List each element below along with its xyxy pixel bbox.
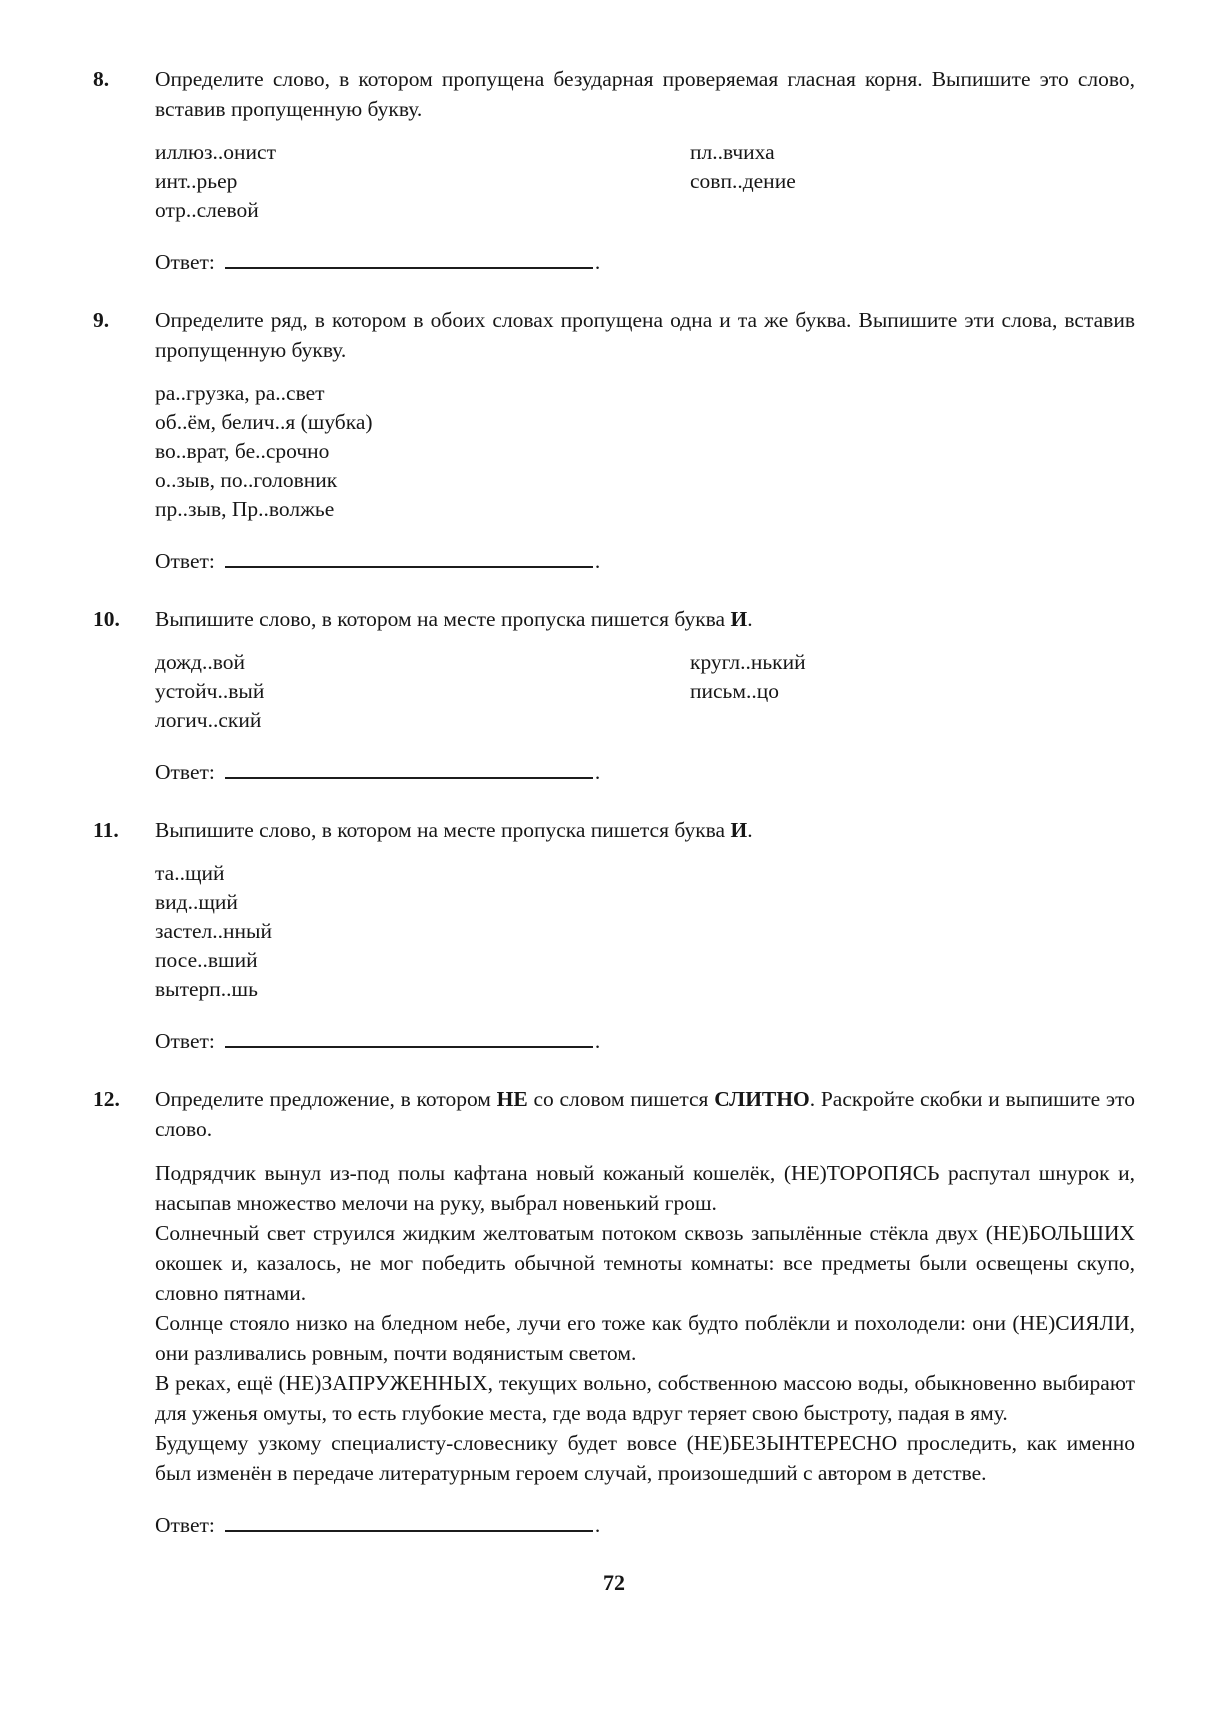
word-item: пр..зыв, Пр..волжье [155,495,1135,524]
word-item: совп..дение [690,167,796,196]
sentence: Солнце стояло низко на бледном небе, луч… [155,1308,1135,1368]
answer-period: . [595,549,600,573]
answer-blank [225,1510,593,1532]
word-item: ра..грузка, ра..свет [155,379,1135,408]
word-item: инт..рьер [155,167,690,196]
word-item: посе..вший [155,946,1135,975]
question-number: 12. [93,1084,155,1540]
answer-blank [225,546,593,568]
word-list: дожд..вой устойч..вый логич..ский кругл.… [155,648,1135,735]
question-8: 8. Определите слово, в котором пропущена… [93,64,1135,277]
answer-blank [225,247,593,269]
answer-row: Ответ:. [155,247,1135,277]
question-number: 11. [93,815,155,1056]
question-prompt: Определите слово, в котором пропущена бе… [155,64,1135,124]
answer-row: Ответ:. [155,546,1135,576]
answer-label: Ответ: [155,549,215,573]
word-item: та..щий [155,859,1135,888]
question-12: 12. Определите предложение, в котором НЕ… [93,1084,1135,1540]
answer-label: Ответ: [155,760,215,784]
word-item: вытерп..шь [155,975,1135,1004]
answer-label: Ответ: [155,1029,215,1053]
answer-row: Ответ:. [155,1026,1135,1056]
answer-row: Ответ:. [155,757,1135,787]
question-prompt: Определите ряд, в котором в обоих словах… [155,305,1135,365]
page-number: 72 [93,1568,1135,1598]
word-item: иллюз..онист [155,138,690,167]
question-10: 10. Выпишите слово, в котором на месте п… [93,604,1135,787]
question-number: 8. [93,64,155,277]
answer-period: . [595,760,600,784]
answer-period: . [595,250,600,274]
answer-label: Ответ: [155,250,215,274]
sentence: В реках, ещё (НЕ)ЗАПРУЖЕННЫХ, текущих во… [155,1368,1135,1428]
answer-row: Ответ:. [155,1510,1135,1540]
word-item: о..зыв, по..головник [155,466,1135,495]
question-number: 10. [93,604,155,787]
word-item: дожд..вой [155,648,690,677]
question-9: 9. Определите ряд, в котором в обоих сло… [93,305,1135,576]
word-item: письм..цо [690,677,806,706]
question-prompt: Выпишите слово, в котором на месте пропу… [155,815,1135,845]
sentence-options: Подрядчик вынул из-под полы кафтана новы… [155,1158,1135,1488]
answer-period: . [595,1513,600,1537]
word-item: пл..вчиха [690,138,796,167]
word-item: застел..нный [155,917,1135,946]
answer-blank [225,1026,593,1048]
word-item: во..врат, бе..срочно [155,437,1135,466]
word-list: ра..грузка, ра..свет об..ём, белич..я (ш… [155,379,1135,524]
answer-label: Ответ: [155,1513,215,1537]
question-number: 9. [93,305,155,576]
word-item: об..ём, белич..я (шубка) [155,408,1135,437]
sentence: Подрядчик вынул из-под полы кафтана новы… [155,1158,1135,1218]
question-prompt: Определите предложение, в котором НЕ со … [155,1084,1135,1144]
answer-period: . [595,1029,600,1053]
word-list: иллюз..онист инт..рьер отр..слевой пл..в… [155,138,1135,225]
word-item: отр..слевой [155,196,690,225]
answer-blank [225,757,593,779]
word-item: устойч..вый [155,677,690,706]
word-item: вид..щий [155,888,1135,917]
question-11: 11. Выпишите слово, в котором на месте п… [93,815,1135,1056]
word-item: кругл..нький [690,648,806,677]
document-page: 8. Определите слово, в котором пропущена… [0,0,1222,1712]
sentence: Солнечный свет струился жидким желтоваты… [155,1218,1135,1308]
question-prompt: Выпишите слово, в котором на месте пропу… [155,604,1135,634]
word-item: логич..ский [155,706,690,735]
word-list: та..щий вид..щий застел..нный посе..вший… [155,859,1135,1004]
sentence: Будущему узкому специалисту-словеснику б… [155,1428,1135,1488]
